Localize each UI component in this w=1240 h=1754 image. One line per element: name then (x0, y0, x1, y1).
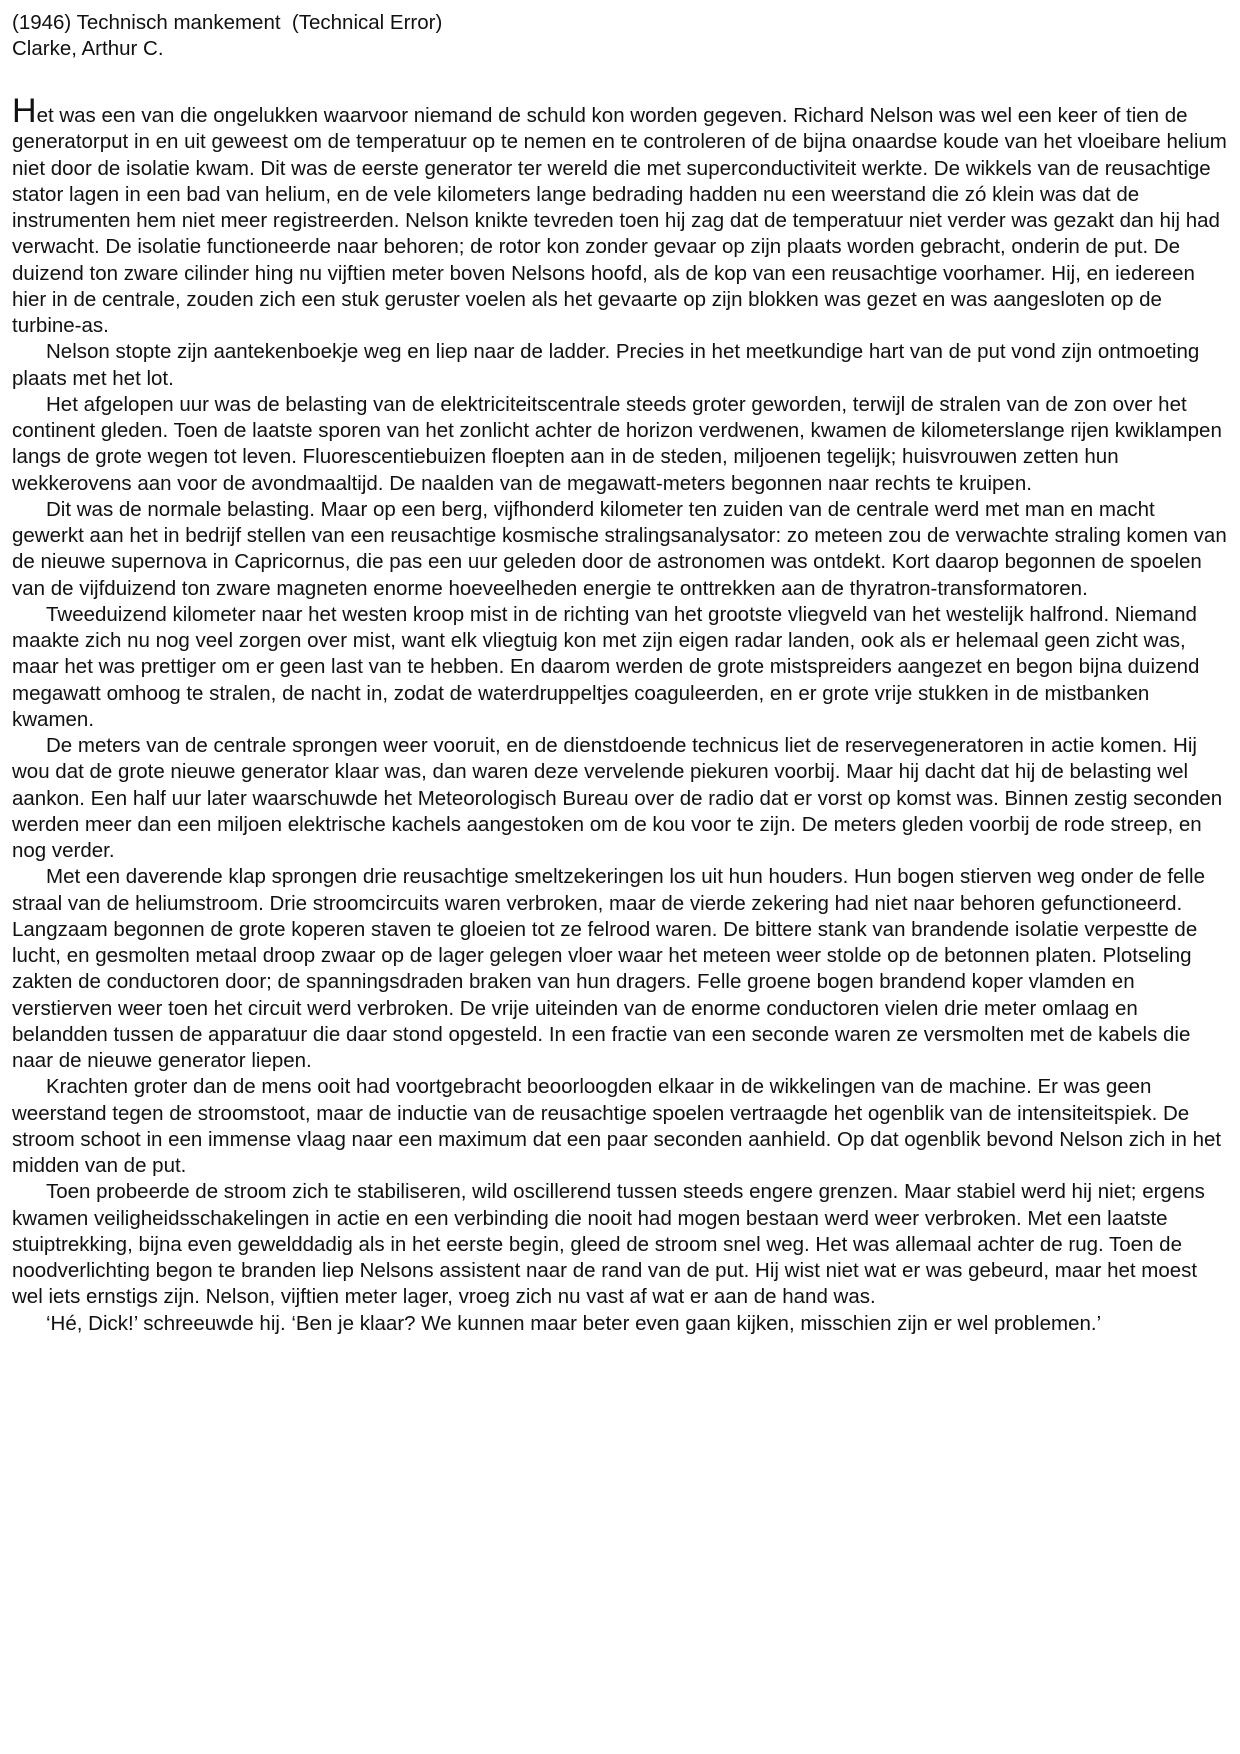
story-author: Clarke, Arthur C. (12, 36, 442, 62)
story-body: Het was een van die ongelukken waarvoor … (12, 98, 1230, 1337)
story-title: (1946) Technisch mankement (Technical Er… (12, 10, 442, 36)
document-page: (1946) Technisch mankement (Technical Er… (0, 0, 1240, 1754)
paragraph: Nelson stopte zijn aantekenboekje weg en… (12, 339, 1230, 392)
drop-cap: H (12, 98, 37, 124)
paragraph: Met een daverende klap sprongen drie reu… (12, 864, 1230, 1074)
paragraph-1: Het was een van die ongelukken waarvoor … (12, 98, 1230, 339)
paragraph: De meters van de centrale sprongen weer … (12, 733, 1230, 864)
paragraph: Dit was de normale belasting. Maar op ee… (12, 497, 1230, 602)
paragraph: Toen probeerde de stroom zich te stabili… (12, 1179, 1230, 1310)
paragraph: Tweeduizend kilometer naar het westen kr… (12, 602, 1230, 733)
paragraph: ‘Hé, Dick!’ schreeuwde hij. ‘Ben je klaa… (12, 1311, 1230, 1337)
paragraph: Krachten groter dan de mens ooit had voo… (12, 1074, 1230, 1179)
paragraph: Het afgelopen uur was de belasting van d… (12, 392, 1230, 497)
paragraph-1-text: et was een van die ongelukken waarvoor n… (12, 104, 1227, 337)
document-header: (1946) Technisch mankement (Technical Er… (12, 10, 442, 62)
